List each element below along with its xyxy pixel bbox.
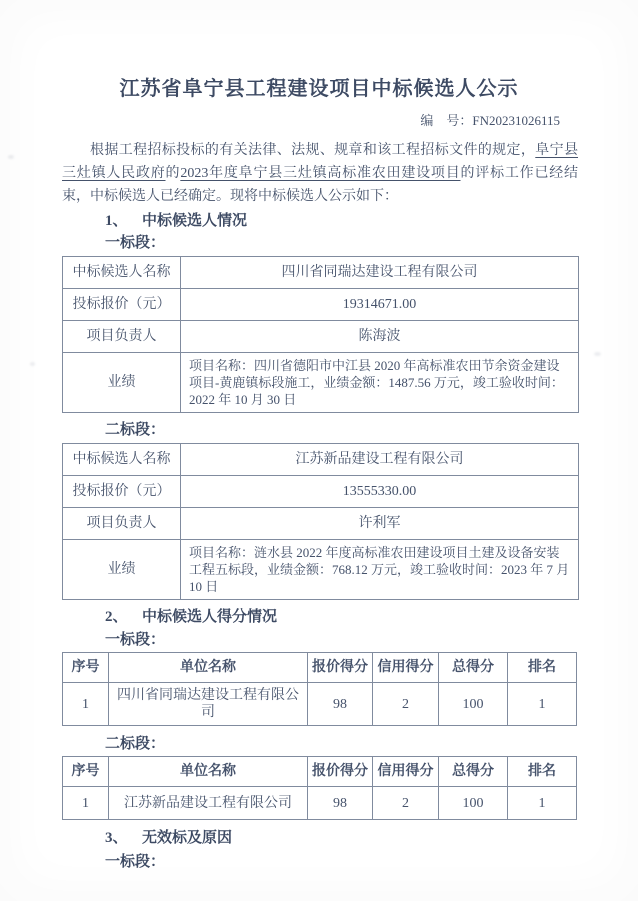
total-score-cell: 100 — [439, 787, 508, 820]
intro-text: 的 — [166, 166, 181, 181]
table-row: 投标报价（元） 13555330.00 — [63, 476, 579, 508]
col-header-total-score: 总得分 — [439, 653, 508, 683]
section-3-number: 3、 — [105, 828, 142, 848]
row-label: 项目负责人 — [63, 321, 181, 353]
company-cell: 四川省同瑞达建设工程有限公司 — [109, 683, 308, 726]
section1-lot1-label: 一标段： — [105, 233, 638, 253]
credit-score-cell: 2 — [373, 683, 439, 726]
doc-number-value: FN20231026115 — [472, 113, 560, 128]
candidate-name-value: 四川省同瑞达建设工程有限公司 — [181, 257, 579, 289]
table-row: 项目负责人 陈海波 — [63, 321, 579, 353]
col-header-company: 单位名称 — [109, 757, 308, 787]
price-score-cell: 98 — [308, 683, 373, 726]
page-title: 江苏省阜宁县工程建设项目中标候选人公示 — [0, 0, 638, 101]
lot2-candidate-table: 中标候选人名称 江苏新品建设工程有限公司 投标报价（元） 13555330.00… — [62, 443, 579, 600]
total-score-cell: 100 — [439, 683, 508, 726]
rank-cell: 1 — [508, 787, 577, 820]
col-header-rank: 排名 — [508, 653, 577, 683]
section3-lot1-label: 一标段： — [105, 852, 638, 872]
credit-score-cell: 2 — [373, 787, 439, 820]
scan-artifact — [30, 362, 35, 366]
section-3-heading: 3、无效标及原因 — [105, 828, 638, 848]
lot1-candidate-table: 中标候选人名称 四川省同瑞达建设工程有限公司 投标报价（元） 19314671.… — [62, 256, 579, 413]
performance-value: 项目名称：涟水县 2022 年度高标准农田建设项目土建及设备安装工程五标段，业绩… — [181, 540, 579, 600]
section1-lot2-label: 二标段： — [105, 420, 638, 440]
project-manager-value: 许利军 — [181, 508, 579, 540]
lot1-score-table: 序号 单位名称 报价得分 信用得分 总得分 排名 1 四川省同瑞达建设工程有限公… — [62, 652, 577, 726]
bid-price-value: 13555330.00 — [181, 476, 579, 508]
col-header-company: 单位名称 — [109, 653, 308, 683]
doc-number-label: 编 号： — [420, 113, 472, 128]
col-header-price-score: 报价得分 — [308, 653, 373, 683]
section-2-heading: 2、中标候选人得分情况 — [105, 607, 638, 627]
table-row: 中标候选人名称 四川省同瑞达建设工程有限公司 — [63, 257, 579, 289]
score-data-row: 1 四川省同瑞达建设工程有限公司 98 2 100 1 — [63, 683, 577, 726]
project-manager-value: 陈海波 — [181, 321, 579, 353]
table-row: 投标报价（元） 19314671.00 — [63, 289, 579, 321]
doc-number-line: 编 号：FN20231026115 — [0, 110, 638, 129]
score-header-row: 序号 单位名称 报价得分 信用得分 总得分 排名 — [63, 653, 577, 683]
intro-paragraph: 根据工程招标投标的有关法律、法规、规章和该工程招标文件的规定，阜宁县三灶镇人民政… — [62, 139, 578, 208]
section-1-title: 中标候选人情况 — [142, 213, 247, 229]
row-label: 投标报价（元） — [63, 476, 181, 508]
section-1-heading: 1、中标候选人情况 — [105, 211, 638, 231]
col-header-credit-score: 信用得分 — [373, 653, 439, 683]
intro-underlined-project: 2023年度阜宁县三灶镇高标准农田建设项目 — [180, 166, 460, 181]
candidate-name-value: 江苏新品建设工程有限公司 — [181, 444, 579, 476]
col-header-serial: 序号 — [63, 653, 109, 683]
price-score-cell: 98 — [308, 787, 373, 820]
bid-price-value: 19314671.00 — [181, 289, 579, 321]
score-data-row: 1 江苏新品建设工程有限公司 98 2 100 1 — [63, 787, 577, 820]
scan-artifact — [594, 352, 601, 356]
row-label: 业绩 — [63, 353, 181, 413]
lot2-score-table: 序号 单位名称 报价得分 信用得分 总得分 排名 1 江苏新品建设工程有限公司 … — [62, 756, 577, 820]
row-label: 业绩 — [63, 540, 181, 600]
scan-artifact — [8, 155, 14, 159]
table-row: 业绩 项目名称：四川省德阳市中江县 2020 年高标准农田节余资金建设项目-黄鹿… — [63, 353, 579, 413]
section2-lot1-label: 一标段： — [105, 630, 638, 650]
col-header-credit-score: 信用得分 — [373, 757, 439, 787]
serial-cell: 1 — [63, 787, 109, 820]
section-3-title: 无效标及原因 — [142, 830, 232, 846]
section2-lot2-label: 二标段： — [105, 734, 638, 754]
table-row: 业绩 项目名称：涟水县 2022 年度高标准农田建设项目土建及设备安装工程五标段… — [63, 540, 579, 600]
row-label: 项目负责人 — [63, 508, 181, 540]
table-row: 项目负责人 许利军 — [63, 508, 579, 540]
col-header-total-score: 总得分 — [439, 757, 508, 787]
row-label: 中标候选人名称 — [63, 257, 181, 289]
intro-text: 根据工程招标投标的有关法律、法规、规章和该工程招标文件的规定， — [90, 143, 535, 158]
serial-cell: 1 — [63, 683, 109, 726]
section-2-title: 中标候选人得分情况 — [142, 609, 277, 625]
section-2-number: 2、 — [105, 607, 142, 627]
row-label: 中标候选人名称 — [63, 444, 181, 476]
scanned-document-page: 江苏省阜宁县工程建设项目中标候选人公示 编 号：FN20231026115 根据… — [0, 0, 638, 901]
score-header-row: 序号 单位名称 报价得分 信用得分 总得分 排名 — [63, 757, 577, 787]
section-1-number: 1、 — [105, 211, 142, 231]
table-row: 中标候选人名称 江苏新品建设工程有限公司 — [63, 444, 579, 476]
col-header-rank: 排名 — [508, 757, 577, 787]
row-label: 投标报价（元） — [63, 289, 181, 321]
col-header-serial: 序号 — [63, 757, 109, 787]
company-cell: 江苏新品建设工程有限公司 — [109, 787, 308, 820]
rank-cell: 1 — [508, 683, 577, 726]
col-header-price-score: 报价得分 — [308, 757, 373, 787]
performance-value: 项目名称：四川省德阳市中江县 2020 年高标准农田节余资金建设项目-黄鹿镇标段… — [181, 353, 579, 413]
